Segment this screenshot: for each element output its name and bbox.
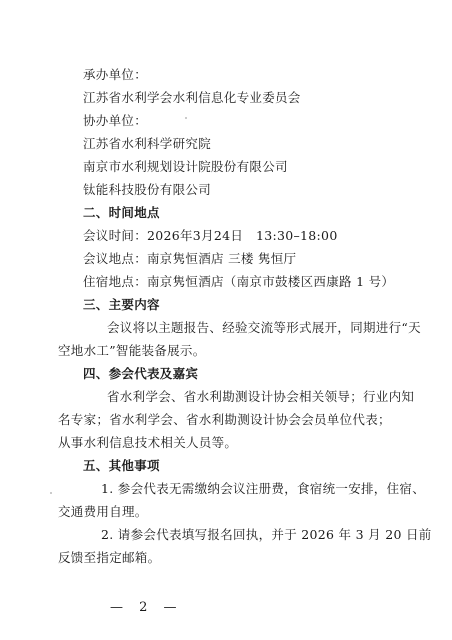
scan-speck [50, 492, 52, 494]
other-item2-line2: 反馈至指定邮箱。 [58, 550, 160, 566]
co-organizer-1: 江苏省水利科学研究院 [83, 136, 211, 152]
page-number: — 2 — [110, 600, 183, 615]
other-item1-line2: 交通费用自理。 [58, 504, 148, 520]
organizer-label: 承办单位： [83, 67, 147, 83]
section-heading-other: 五、其他事项 [83, 458, 160, 474]
content-paragraph-line1: 会议将以主题报告、经验交流等形式展开，同期进行“天 [107, 320, 421, 336]
attendees-line1: 省水利学会、省水利勘测设计协会相关领导；行业内知 [107, 389, 414, 405]
organizer-name: 江苏省水利学会水利信息化专业委员会 [83, 90, 301, 106]
section-heading-attendees: 四、参会代表及嘉宾 [83, 366, 198, 382]
attendees-line2: 名专家；省水利学会、省水利勘测设计协会会员单位代表； [58, 412, 391, 428]
section-heading-content: 三、主要内容 [83, 297, 160, 313]
lodging-place: 住宿地点：南京隽恒酒店（南京市鼓楼区西康路 1 号） [83, 274, 394, 290]
other-item1-line1: 1. 参会代表无需缴纳会议注册费，食宿统一安排，住宿、 [101, 481, 425, 497]
attendees-line3: 从事水利信息技术相关人员等。 [58, 435, 237, 451]
meeting-place: 会议地点：南京隽恒酒店 三楼 隽恒厅 [83, 251, 296, 267]
other-item2-line1: 2. 请参会代表填写报名回执，并于 2026 年 3 月 20 日前 [101, 527, 432, 543]
co-organizer-label: 协办单位： [83, 113, 147, 129]
section-heading-time-place: 二、时间地点 [83, 205, 160, 221]
meeting-time: 会议时间：2026年3月24日 13:30–18:00 [83, 228, 338, 244]
co-organizer-3: 钛能科技股份有限公司 [83, 182, 211, 198]
scan-speck [185, 117, 187, 119]
document-page: 承办单位： 江苏省水利学会水利信息化专业委员会 协办单位： 江苏省水利科学研究院… [0, 0, 452, 640]
content-paragraph-line2: 空地水工”智能装备展示。 [58, 343, 206, 359]
co-organizer-2: 南京市水利规划设计院股份有限公司 [83, 159, 288, 175]
